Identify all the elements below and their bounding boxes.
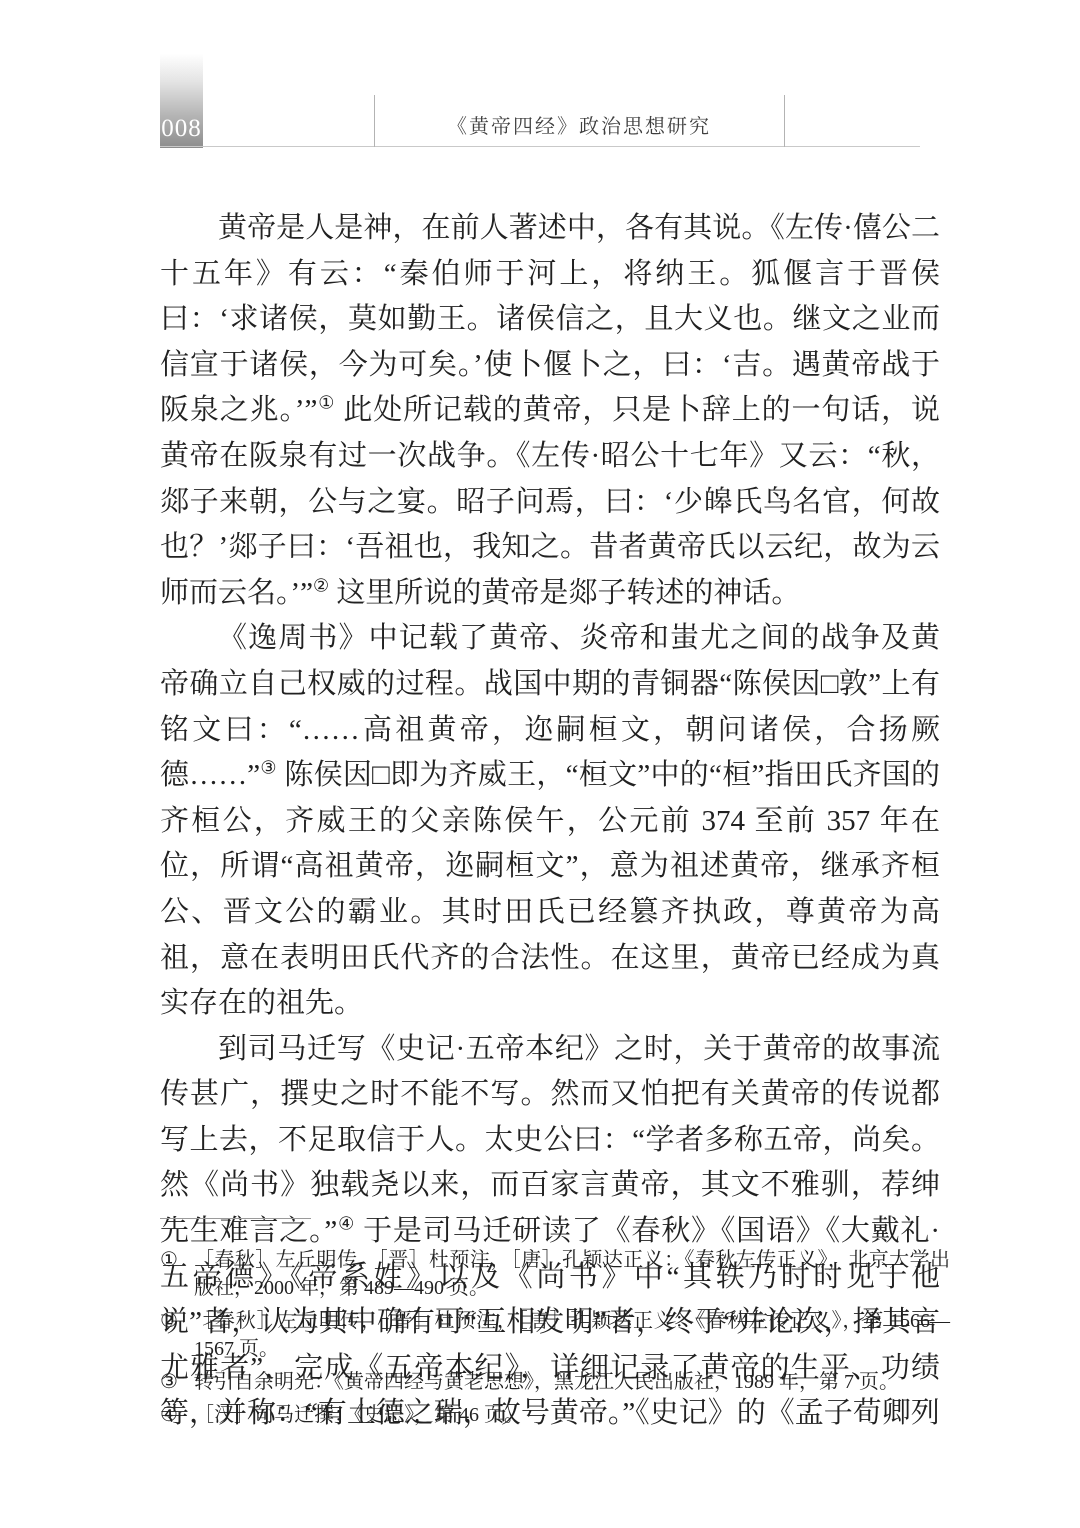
page-number: 008 [161, 116, 202, 148]
footnote-marker: ② [160, 1307, 194, 1363]
footnote-marker: ③ [160, 1368, 194, 1396]
footnote-ref: ④ [337, 1213, 355, 1233]
paragraph: 黄帝是人是神，在前人著述中，各有其说。《左传·僖公二十五年》有云：“秦伯师于河上… [160, 206, 940, 616]
running-title: 《黄帝四经》政治思想研究 [374, 110, 784, 139]
header-rule [160, 146, 920, 147]
footnote: ① ［春秋］左丘明传，［晋］杜预注，［唐］孔颖达正义：《春秋左传正义》，北京大学… [160, 1246, 950, 1302]
footnote-ref: ③ [260, 757, 277, 777]
footnote: ② ［春秋］左丘明传，［晋］杜预注，［唐］孔颖达正义：《春秋左传正义》，第 15… [160, 1307, 950, 1363]
footnote-ref: ② [313, 575, 329, 595]
footnote-text: ［春秋］左丘明传，［晋］杜预注，［唐］孔颖达正义：《春秋左传正义》，第 1566… [194, 1307, 950, 1363]
footnote: ④ ［汉］司马迁撰：《史记》，第 46 页。 [160, 1401, 950, 1429]
footnotes: ① ［春秋］左丘明传，［晋］杜预注，［唐］孔颖达正义：《春秋左传正义》，北京大学… [160, 1246, 950, 1434]
footnote-separator [160, 1218, 311, 1219]
footnote-marker: ① [160, 1246, 194, 1302]
footnote-marker: ④ [160, 1401, 194, 1429]
footnote-text: ［春秋］左丘明传，［晋］杜预注，［唐］孔颖达正义：《春秋左传正义》，北京大学出版… [194, 1246, 950, 1302]
footnote-ref: ① [317, 393, 335, 413]
footnote-text: 转引自余明光：《黄帝四经与黄老思想》，黑龙江人民出版社，1989 年，第 7 页… [194, 1368, 950, 1396]
footnote: ③ 转引自余明光：《黄帝四经与黄老思想》，黑龙江人民出版社，1989 年，第 7… [160, 1368, 950, 1396]
footnote-text: ［汉］司马迁撰：《史记》，第 46 页。 [194, 1401, 950, 1429]
page-number-bar: 008 [160, 54, 203, 148]
paragraph: 《逸周书》中记载了黄帝、炎帝和蚩尤之间的战争及黄帝确立自己权威的过程。战国中期的… [160, 616, 940, 1026]
header-tick-right [784, 95, 785, 147]
book-page: 008 《黄帝四经》政治思想研究 黄帝是人是神，在前人著述中，各有其说。《左传·… [0, 0, 1080, 1528]
